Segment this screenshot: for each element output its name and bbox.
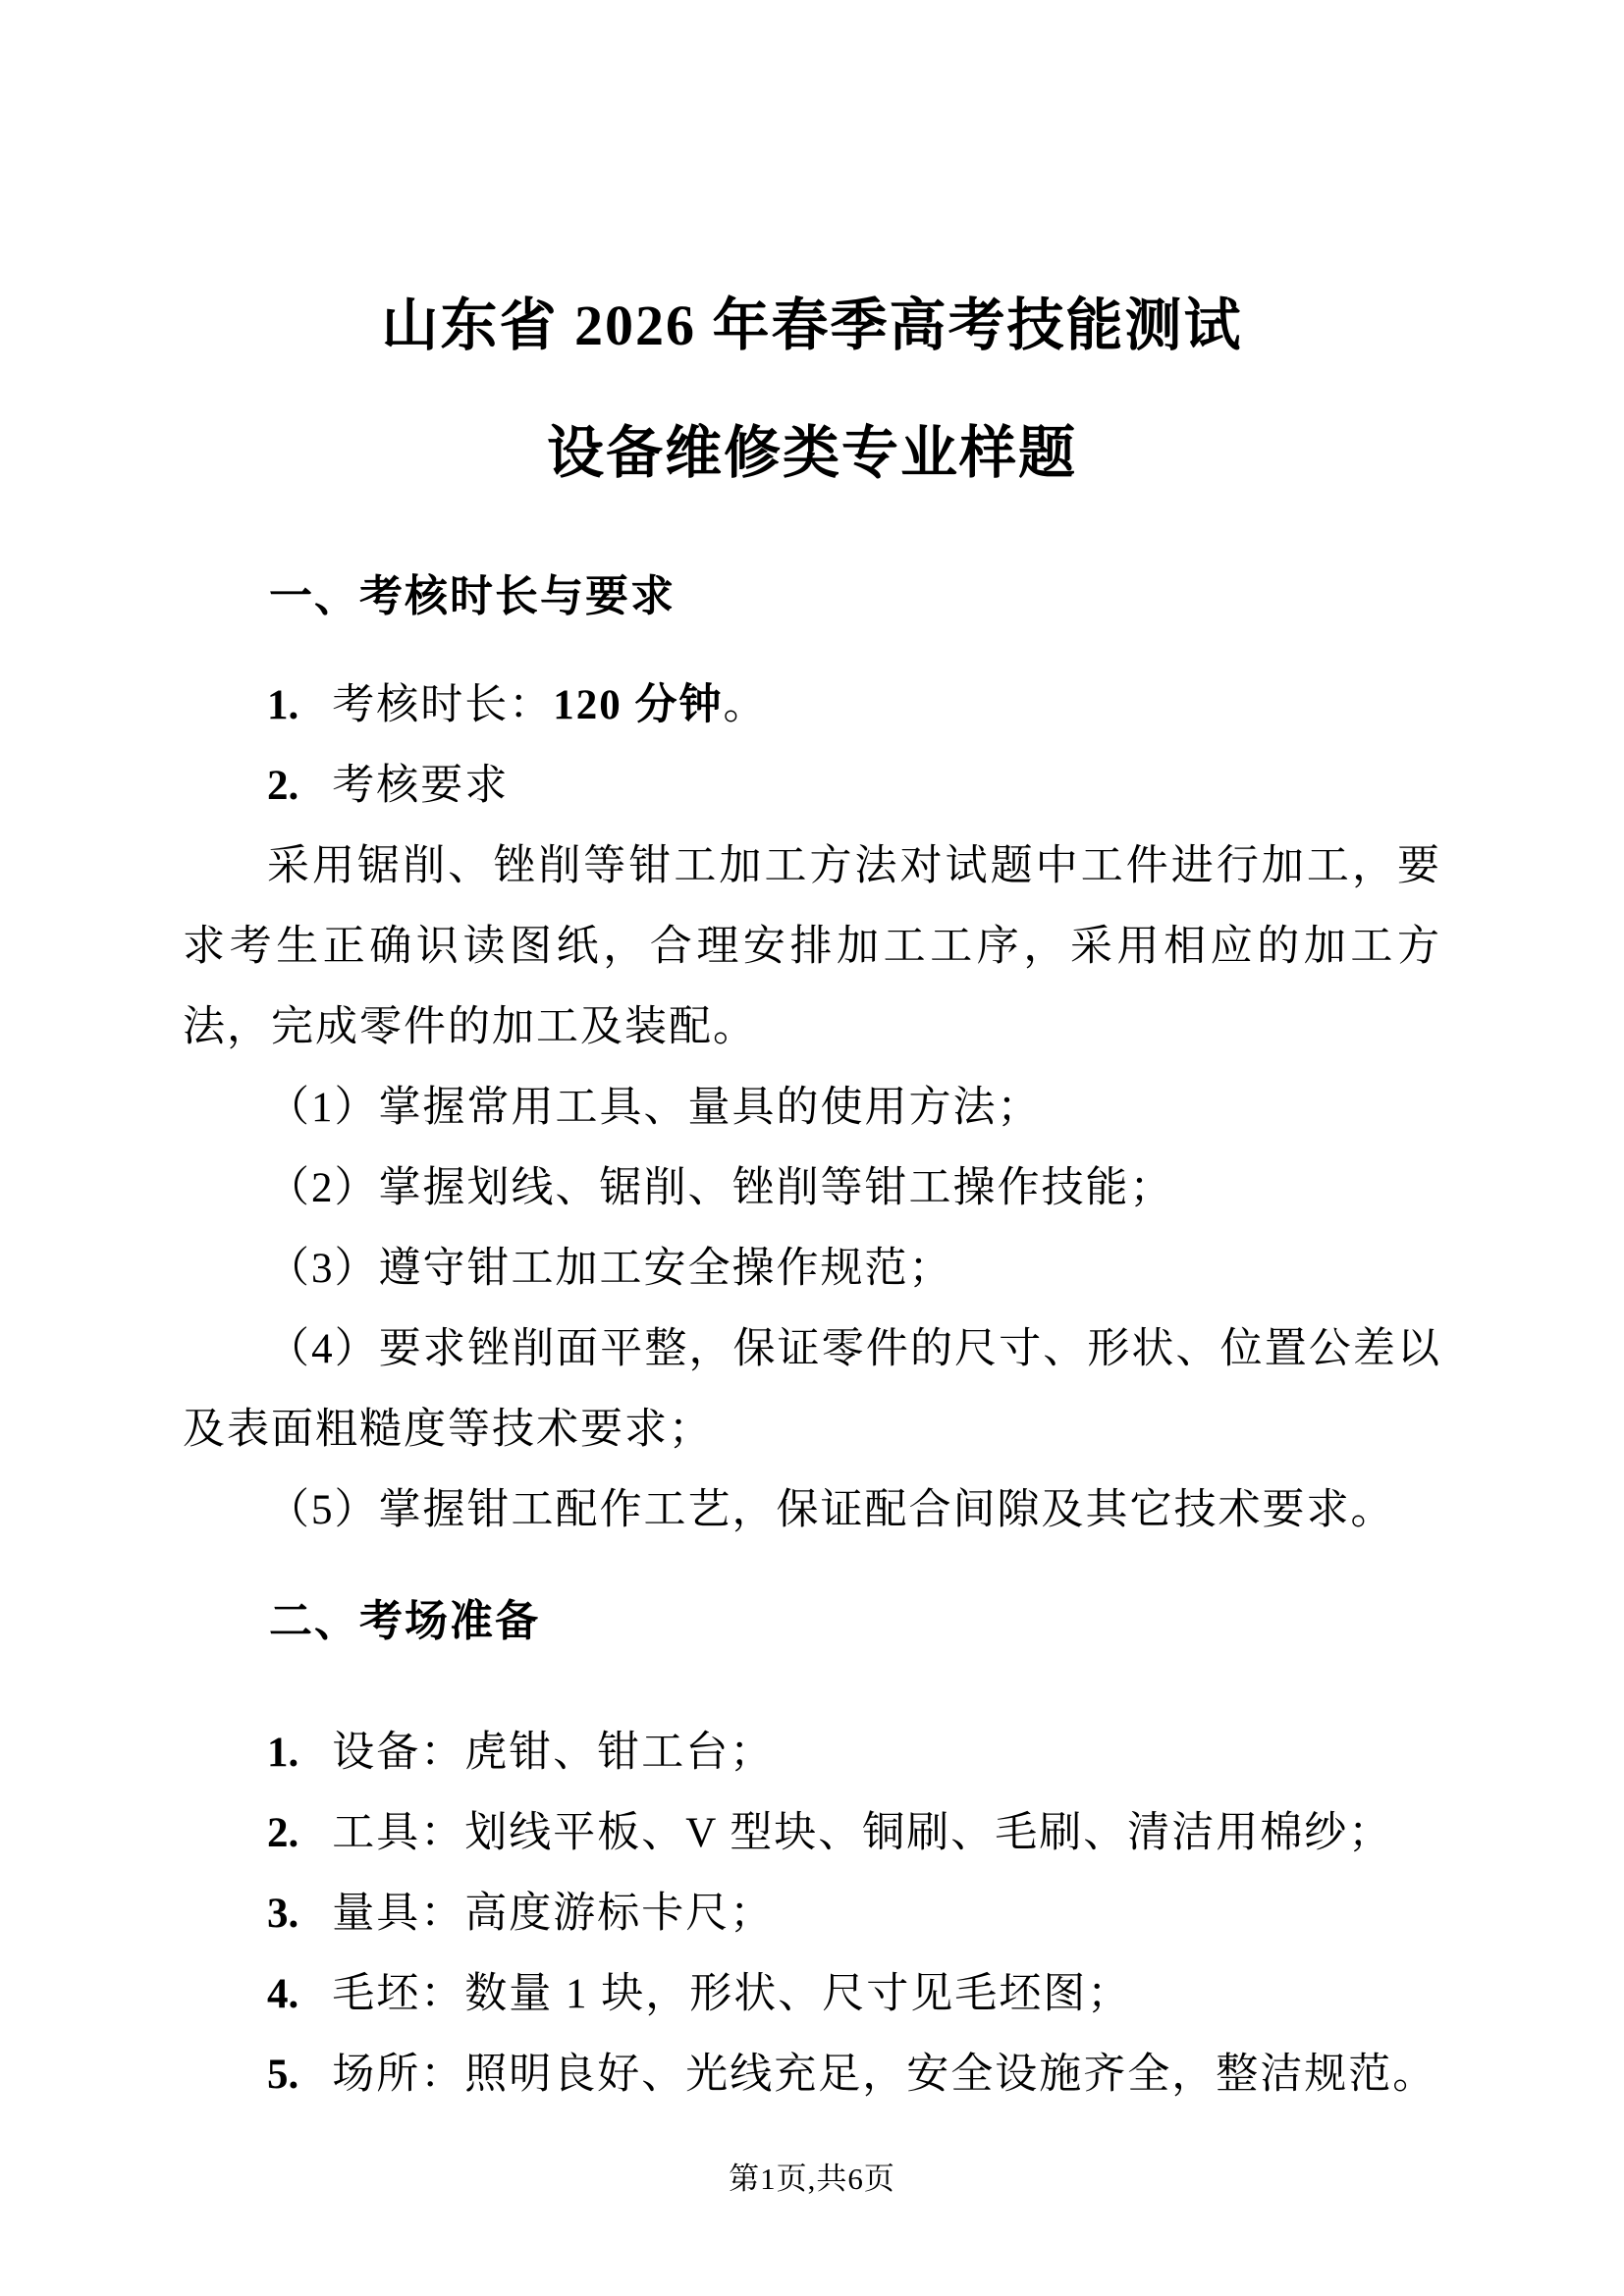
section1-subitem-2: （2）掌握划线、锯削、锉削等钳工操作技能； [183,1148,1441,1229]
section1-item2-label: 考核要求 [332,763,509,809]
section1-item1-duration-value: 120 分钟 [553,682,723,728]
section2-item-1-number: 1. [267,1730,298,1776]
page-footer: 第1页,共6页 [183,2160,1441,2199]
section2-item-4: 4.毛坯：数量 1 块，形状、尺寸见毛坯图； [183,1954,1441,2035]
section2-item-5-number: 5. [267,2052,298,2098]
section2-item-1-text: 设备：虎钳、钳工台； [332,1730,774,1776]
section1-item1-tail: 。 [724,682,768,728]
section2-item-3-text: 量具：高度游标卡尺； [332,1891,774,1937]
section2-item-3-number: 3. [267,1891,298,1937]
document-title-line-2: 设备维修类专业样题 [183,416,1441,491]
section2-item-1: 1.设备：虎钳、钳工台； [183,1713,1441,1793]
section1-item1-label: 考核时长： [332,682,553,728]
section1-subitem-5: （5）掌握钳工配作工艺，保证配合间隙及其它技术要求。 [183,1470,1441,1551]
section1-item2-number: 2. [267,763,298,809]
section2-item-5-text: 场所：照明良好、光线充足，安全设施齐全，整洁规范。 [332,2052,1436,2098]
document-title-line-1: 山东省 2026 年春季高考技能测试 [183,289,1441,363]
section1-item1: 1.考核时长：120 分钟。 [183,666,1441,746]
section1-heading: 一、考核时长与要求 [183,569,1441,624]
section2-item-2-text: 工具：划线平板、V 型块、铜刷、毛刷、清洁用棉纱； [332,1810,1392,1856]
section1-item1-number: 1. [267,682,298,728]
section1-item2: 2.考核要求 [183,746,1441,827]
section1-subitem-3: （3）遵守钳工加工安全操作规范； [183,1229,1441,1309]
section2-item-2-number: 2. [267,1810,298,1856]
section2-heading: 二、考场准备 [183,1594,1441,1649]
section2-item-4-number: 4. [267,1971,298,2017]
section1-subitem-1: （1）掌握常用工具、量具的使用方法； [183,1068,1441,1148]
section1-paragraph: 采用锯削、锉削等钳工加工方法对试题中工件进行加工，要求考生正确识读图纸，合理安排… [183,827,1441,1068]
section2-item-2: 2.工具：划线平板、V 型块、铜刷、毛刷、清洁用棉纱； [183,1793,1441,1874]
section2-item-4-text: 毛坯：数量 1 块，形状、尺寸见毛坯图； [332,1971,1131,2017]
document-page: 山东省 2026 年春季高考技能测试 设备维修类专业样题 一、考核时长与要求 1… [0,0,1624,2296]
section2-item-3: 3.量具：高度游标卡尺； [183,1874,1441,1954]
section2-item-5: 5.场所：照明良好、光线充足，安全设施齐全，整洁规范。 [183,2035,1441,2115]
section1-subitem-4: （4）要求锉削面平整，保证零件的尺寸、形状、位置公差以及表面粗糙度等技术要求； [183,1309,1441,1470]
